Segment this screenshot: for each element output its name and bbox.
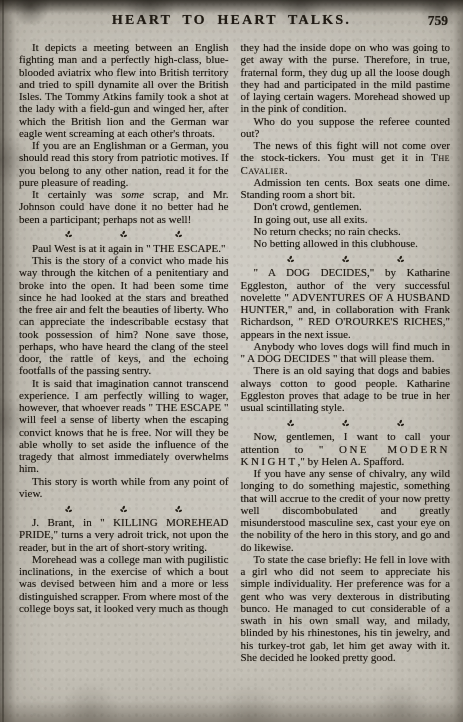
scan-edge-bottom (0, 700, 463, 722)
fleuron-icon (341, 419, 350, 428)
paragraph: Now, gentlemen, I want to call your atte… (241, 431, 451, 468)
paragraph: The news of this fight will not come ove… (241, 140, 451, 177)
paragraph: To state the case briefly: He fell in lo… (241, 554, 451, 664)
paragraph: Don't crowd, gentlemen. (241, 201, 451, 213)
paragraph: There is an old saying that dogs and bab… (241, 365, 451, 414)
paragraph: In going out, use all exits. (241, 214, 451, 226)
fleuron-icon (64, 505, 73, 514)
fleuron-icon (64, 230, 73, 239)
section-ornament (241, 254, 451, 264)
paragraph: Morehead was a college man with pugilist… (19, 554, 229, 615)
text-columns: It depicts a meeting between an English … (0, 35, 463, 664)
paragraph: " A DOG DECIDES," by Katharine Eggleston… (241, 267, 451, 341)
fleuron-icon (341, 255, 350, 264)
paragraph: Who do you suppose the referee counted o… (241, 116, 451, 141)
section-ornament (19, 504, 229, 514)
paragraph: It depicts a meeting between an English … (19, 42, 229, 140)
column-left: It depicts a meeting between an English … (19, 42, 229, 664)
paragraph: If you are an Englishman or a German, yo… (19, 140, 229, 189)
paragraph: they had the inside dope on who was goin… (241, 42, 451, 116)
fleuron-icon (286, 419, 295, 428)
paragraph: J. Brant, in " KILLING MOREHEAD PRIDE," … (19, 517, 229, 554)
paragraph: No return checks; no rain checks. (241, 226, 451, 238)
paragraph: It is said that imagination cannot trans… (19, 378, 229, 476)
paragraph: Paul West is at it again in " THE ESCAPE… (19, 243, 229, 255)
fleuron-icon (396, 255, 405, 264)
paragraph: This story is worth while from any point… (19, 476, 229, 501)
page-root: HEART TO HEART TALKS. 759 It depicts a m… (0, 0, 463, 722)
page-title: HEART TO HEART TALKS. (0, 13, 463, 29)
section-ornament (241, 418, 451, 428)
column-right: they had the inside dope on who was goin… (241, 42, 451, 664)
fleuron-icon (119, 505, 128, 514)
paragraph: No betting allowed in this clubhouse. (241, 238, 451, 250)
page-number: 759 (428, 13, 448, 29)
paragraph: If you have any sense of chivalry, any w… (241, 468, 451, 554)
page-header: HEART TO HEART TALKS. 759 (0, 13, 463, 35)
fleuron-icon (119, 230, 128, 239)
paragraph: Admission ten cents. Box seats one dime.… (241, 177, 451, 202)
paragraph: It certainly was some scrap, and Mr. Joh… (19, 189, 229, 226)
scan-edge-top (0, 0, 463, 14)
fleuron-icon (396, 419, 405, 428)
fleuron-icon (174, 230, 183, 239)
paragraph: This is the story of a convict who made … (19, 255, 229, 378)
section-ornament (19, 230, 229, 240)
fleuron-icon (174, 505, 183, 514)
fleuron-icon (286, 255, 295, 264)
paragraph: Anybody who loves dogs will find much in… (241, 341, 451, 366)
